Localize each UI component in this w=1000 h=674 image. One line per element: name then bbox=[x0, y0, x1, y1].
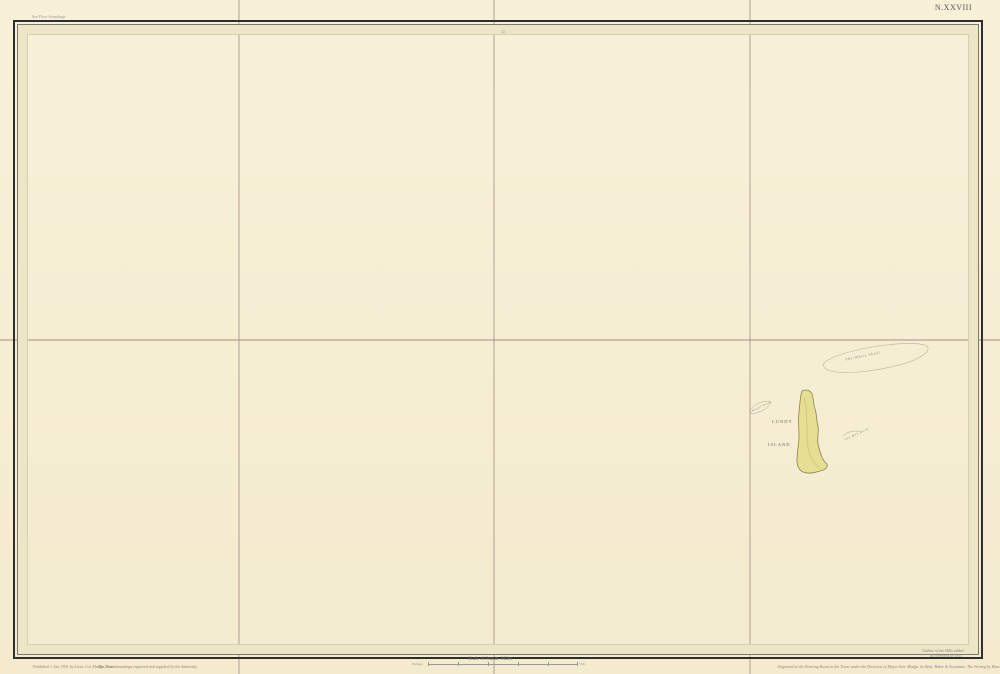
footer-engraving-note: Engraved at the Drawing Room in the Towe… bbox=[778, 664, 1000, 669]
island-label-line1: LUNDY bbox=[772, 419, 793, 424]
scale-title: Scale of Statute Miles bbox=[468, 657, 512, 662]
scale-bar bbox=[428, 664, 578, 665]
footer-inset-note-2: & corrected in 1831 bbox=[930, 653, 962, 658]
island-label-line2: ISLAND bbox=[768, 442, 791, 447]
map-features-layer bbox=[0, 0, 1000, 674]
footer-soundings-note: The Outer Soundings engraved and supplie… bbox=[98, 664, 198, 669]
shoal-outline bbox=[824, 343, 929, 372]
scale-end-label: 5 Mi. bbox=[579, 662, 586, 666]
map-sheet: N.XXVIII Sea Floor Soundings 32 LUNDY IS… bbox=[0, 0, 1000, 674]
scale-left-label: Furlongs bbox=[412, 662, 423, 666]
island-shape bbox=[797, 390, 827, 473]
